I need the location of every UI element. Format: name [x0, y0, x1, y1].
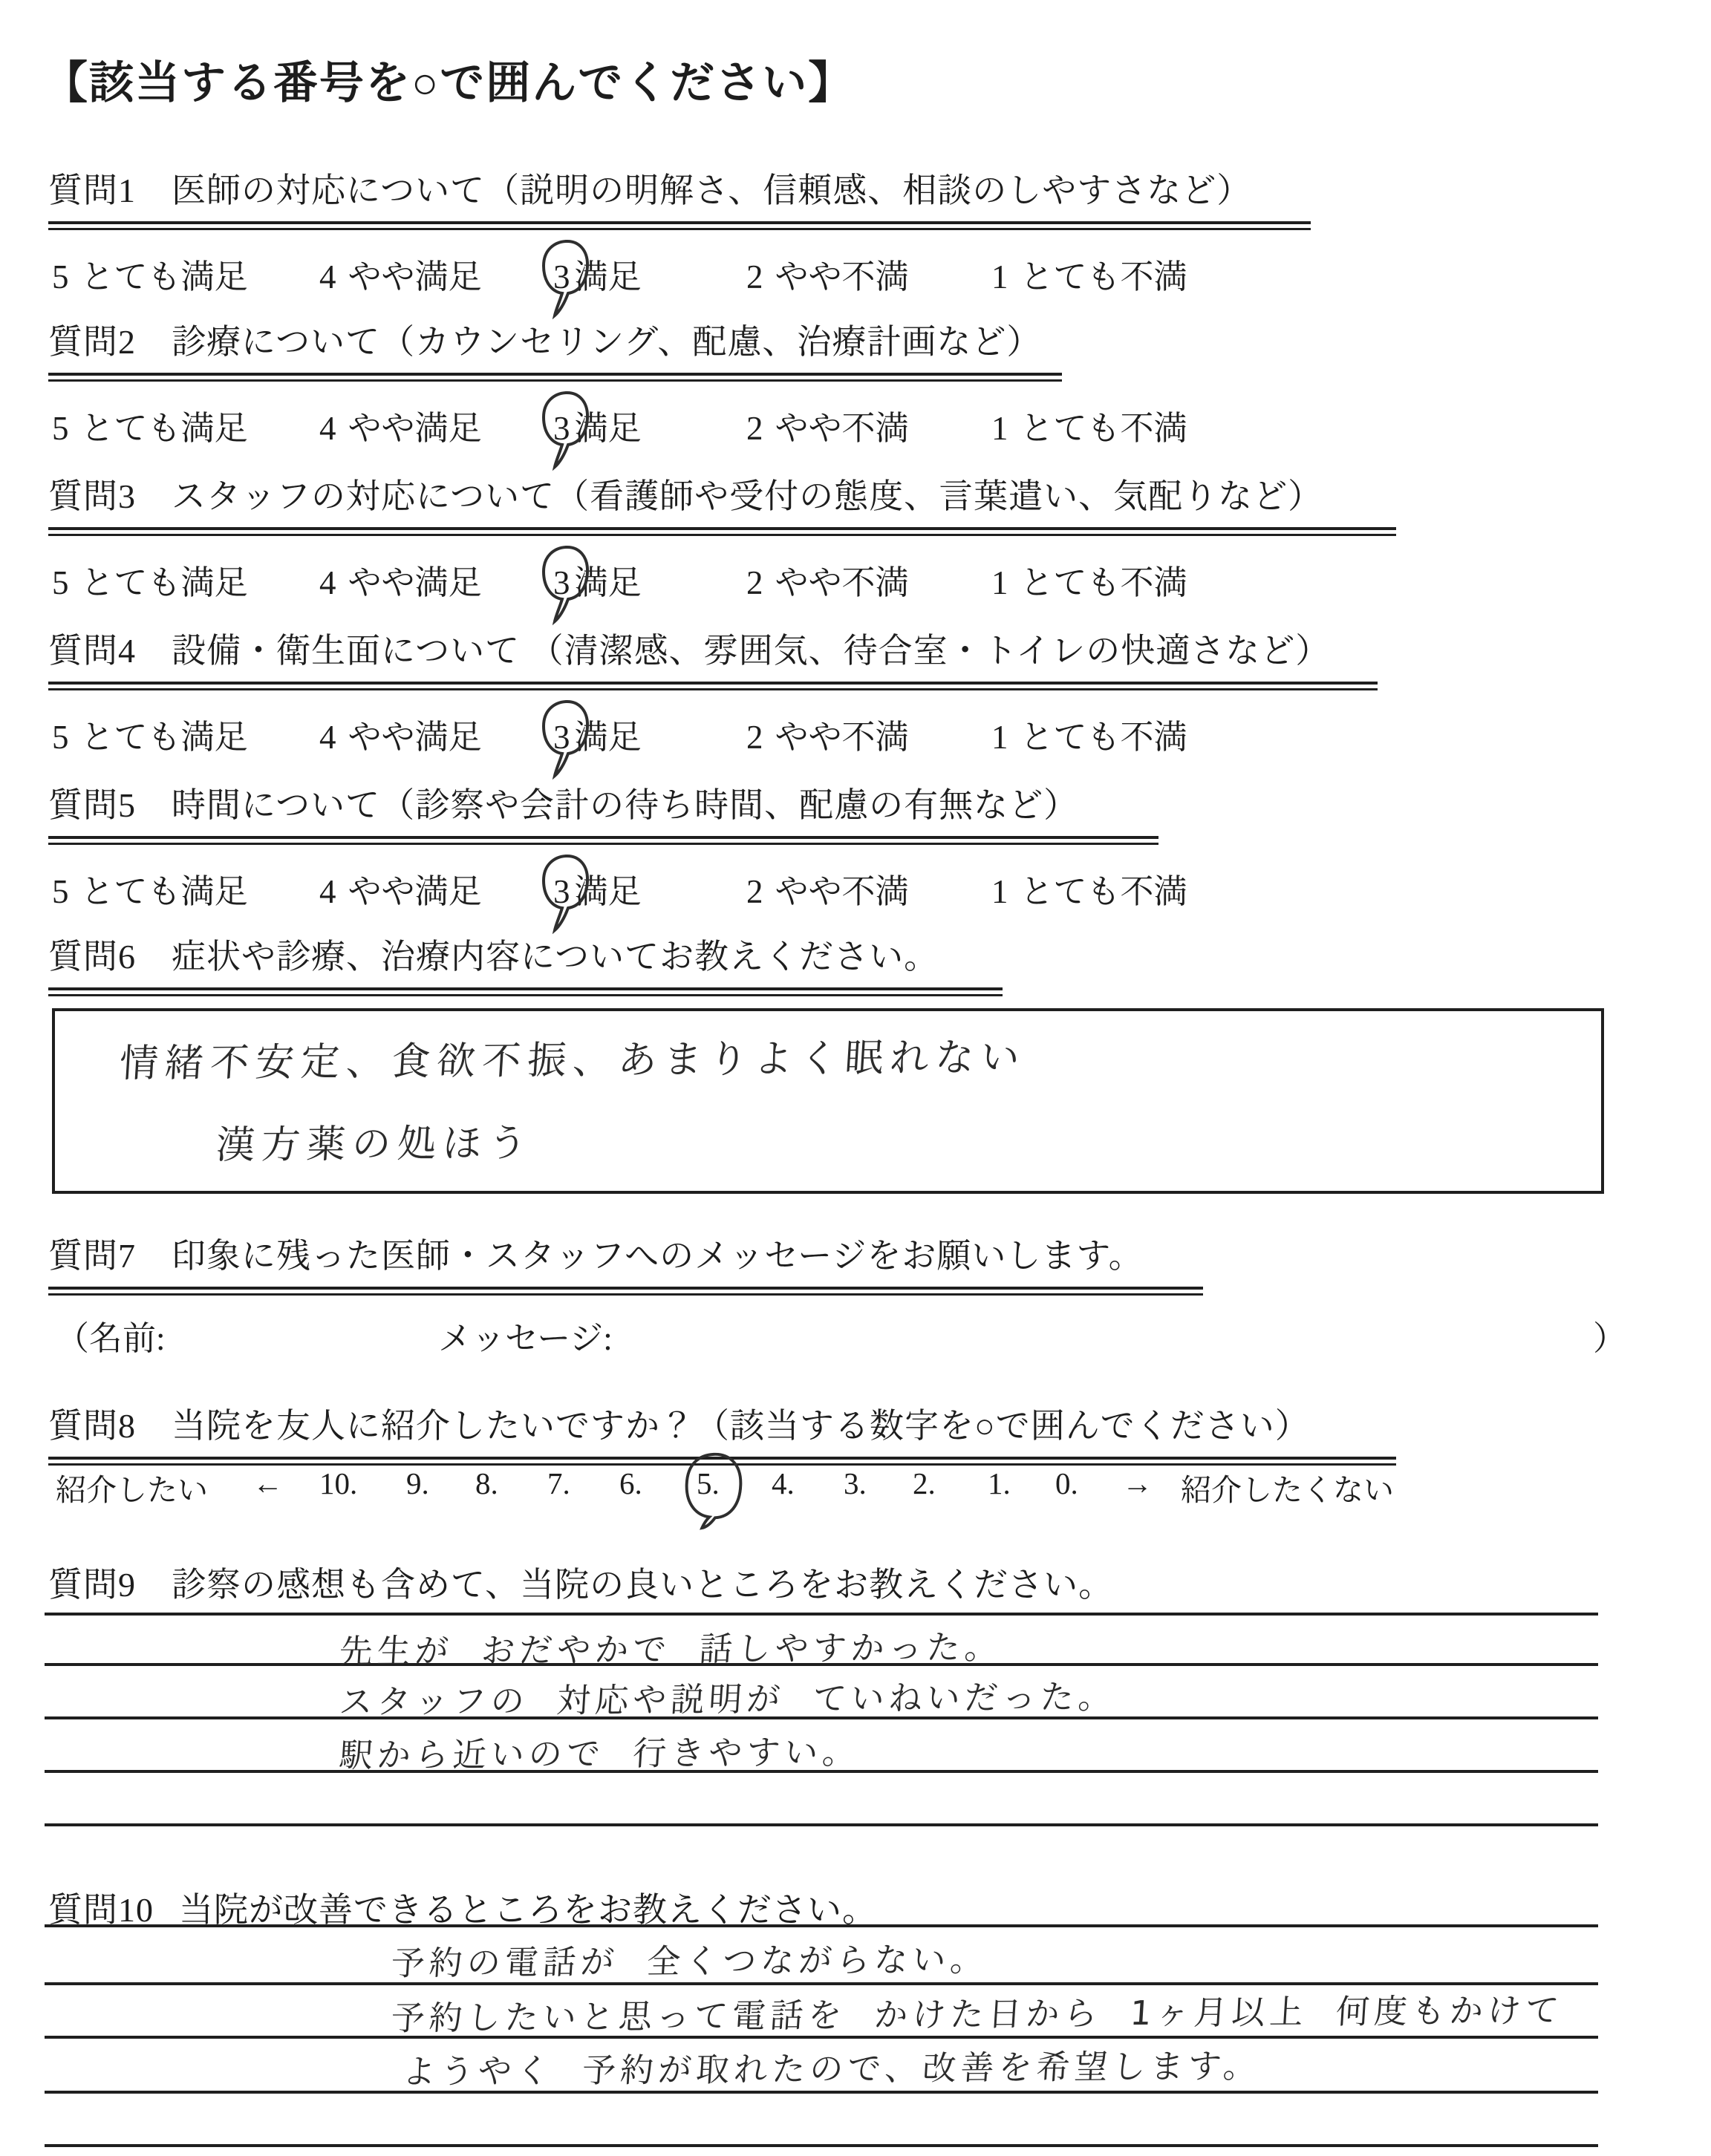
- question-text: 診察の感想も含めて、当院の良いところをお教えください。: [172, 1558, 1113, 1607]
- rating-option-4: 4やや満足: [319, 555, 482, 604]
- rating-row-q1: 5とても満足 4やや満足 3満足 2やや不満 1とても不満: [48, 249, 1681, 303]
- question-number: 質問9: [48, 1558, 136, 1607]
- handdrawn-circle-icon: 3: [553, 563, 572, 602]
- divider: [48, 1457, 1396, 1466]
- survey-sheet: 【該当する番号を○で囲んでください】 質問1医師の対応について（説明の明解さ、信…: [0, 0, 1711, 2156]
- question-number: 質問2: [48, 315, 136, 364]
- message-field-label: メッセージ:: [438, 1311, 613, 1359]
- scale-number-5-selected: 5.: [697, 1466, 720, 1501]
- handwritten-answer: 漢方薬の処ほう: [215, 1111, 535, 1169]
- handwritten-answer: 予約の電話が 全くつながらない。: [390, 1923, 991, 1984]
- question-text: スタッフの対応について（看護師や受付の態度、言葉遣い、気配りなど）: [172, 469, 1323, 518]
- question-8: 質問8当院を友人に紹介したいですか？（該当する数字を○で囲んでください）: [48, 1399, 1681, 1466]
- question-3: 質問3スタッフの対応について（看護師や受付の態度、言葉遣い、気配りなど） 5とて…: [48, 469, 1681, 609]
- scale-number-8: 8.: [475, 1466, 498, 1501]
- rating-option-4: 4やや満足: [319, 864, 482, 912]
- question-2: 質問2診療について（カウンセリング、配慮、治療計画など） 5とても満足 4やや満…: [48, 315, 1681, 454]
- rating-row-q3: 5とても満足 4やや満足 3満足 2やや不満 1とても不満: [48, 555, 1681, 609]
- answer-lines-q9: 先生が おだやかで 話しやすかった。 スタッフの 対応や説明が ていねいだった。…: [45, 1613, 1598, 1826]
- question-text: 医師の対応について（説明の明解さ、信頼感、相談のしやすさなど）: [172, 163, 1251, 212]
- scale-number-0: 0.: [1055, 1466, 1078, 1501]
- scale-number-1: 1.: [988, 1466, 1011, 1501]
- rating-option-1: 1とても不満: [991, 401, 1187, 449]
- left-arrow-icon: ←: [252, 1466, 283, 1501]
- question-number: 質問5: [48, 778, 136, 827]
- handdrawn-circle-icon: 3: [553, 872, 572, 911]
- question-4-header: 質問4設備・衛生面について （清潔感、雰囲気、待合室・トイレの快適さなど）: [48, 624, 1681, 673]
- handwritten-answer: 情緒不安定、食欲不振、あまりよく眠れない: [118, 1025, 1028, 1088]
- divider: [48, 373, 1062, 382]
- answer-lines-q10: 予約の電話が 全くつながらない。 予約したいと思って電話を かけた日から 1ヶ月…: [45, 1924, 1598, 2147]
- handdrawn-circle-icon: 5.: [697, 1466, 720, 1501]
- question-1: 質問1医師の対応について（説明の明解さ、信頼感、相談のしやすさなど） 5とても満…: [48, 163, 1681, 303]
- rating-option-5: 5とても満足: [52, 710, 248, 758]
- rating-option-1: 1とても不満: [991, 864, 1187, 912]
- question-2-header: 質問2診療について（カウンセリング、配慮、治療計画など）: [48, 315, 1681, 364]
- rating-option-2: 2やや不満: [746, 401, 909, 449]
- handwritten-answer: 駅から近いので 行きやすい。: [338, 1716, 862, 1777]
- divider: [48, 987, 1003, 996]
- scale-left-label: 紹介したい: [56, 1466, 208, 1509]
- question-text: 印象に残った医師・スタッフへのメッセージをお願いします。: [172, 1229, 1144, 1278]
- question-text: 設備・衛生面について （清潔感、雰囲気、待合室・トイレの快適さなど）: [172, 624, 1330, 673]
- right-arrow-icon: →: [1122, 1466, 1153, 1501]
- answer-line: 予約したいと思って電話を かけた日から 1ヶ月以上 何度もかけて: [45, 1982, 1598, 2036]
- scale-number-10: 10.: [319, 1466, 357, 1501]
- rating-option-3-selected: 3満足: [553, 710, 642, 758]
- question-number: 質問1: [48, 163, 136, 212]
- handwritten-answer: ようやく 予約が取れたので、改善を希望します。: [401, 2033, 1263, 2093]
- name-field-label: （名前:: [56, 1311, 166, 1359]
- rating-row-q2: 5とても満足 4やや満足 3満足 2やや不満 1とても不満: [48, 401, 1681, 454]
- closing-paren: ）: [1593, 1311, 1626, 1359]
- rating-row-q4: 5とても満足 4やや満足 3満足 2やや不満 1とても不満: [48, 710, 1681, 763]
- question-6: 質問6症状や診療、治療内容についてお教えください。: [48, 930, 1681, 996]
- scale-number-4: 4.: [772, 1466, 795, 1501]
- answer-line: 駅から近いので 行きやすい。: [45, 1716, 1598, 1770]
- rating-option-5: 5とても満足: [52, 555, 248, 604]
- question-3-header: 質問3スタッフの対応について（看護師や受付の態度、言葉遣い、気配りなど）: [48, 469, 1681, 518]
- question-5: 質問5時間について（診察や会計の待ち時間、配慮の有無など） 5とても満足 4やや…: [48, 778, 1681, 918]
- rating-option-4: 4やや満足: [319, 401, 482, 449]
- question-text: 当院を友人に紹介したいですか？（該当する数字を○で囲んでください）: [172, 1399, 1310, 1448]
- question-text: 時間について（診察や会計の待ち時間、配慮の有無など）: [172, 778, 1078, 827]
- question-7-header: 質問7印象に残った医師・スタッフへのメッセージをお願いします。: [48, 1229, 1681, 1278]
- rating-option-2: 2やや不満: [746, 249, 909, 298]
- question-8-header: 質問8当院を友人に紹介したいですか？（該当する数字を○で囲んでください）: [48, 1399, 1681, 1448]
- divider: [48, 221, 1311, 230]
- scale-number-9: 9.: [406, 1466, 429, 1501]
- rating-option-5: 5とても満足: [52, 249, 248, 298]
- question-text: 診療について（カウンセリング、配慮、治療計画など）: [172, 315, 1041, 364]
- question-9-header: 質問9診察の感想も含めて、当院の良いところをお教えください。: [48, 1558, 1681, 1607]
- question-number: 質問6: [48, 930, 136, 979]
- page-title: 【該当する番号を○で囲んでください】: [43, 48, 854, 111]
- question-4: 質問4設備・衛生面について （清潔感、雰囲気、待合室・トイレの快適さなど） 5と…: [48, 624, 1681, 763]
- question-5-header: 質問5時間について（診察や会計の待ち時間、配慮の有無など）: [48, 778, 1681, 827]
- rating-option-3-selected: 3満足: [553, 864, 642, 912]
- answer-line: 先生が おだやかで 話しやすかった。: [45, 1613, 1598, 1663]
- rating-option-2: 2やや不満: [746, 710, 909, 758]
- handdrawn-circle-icon: 3: [553, 409, 572, 448]
- question-9: 質問9診察の感想も含めて、当院の良いところをお教えください。: [48, 1558, 1681, 1607]
- question-1-header: 質問1医師の対応について（説明の明解さ、信頼感、相談のしやすさなど）: [48, 163, 1681, 212]
- rating-option-4: 4やや満足: [319, 249, 482, 298]
- answer-line: [45, 2091, 1598, 2144]
- handwritten-answer: スタッフの 対応や説明が ていねいだった。: [338, 1661, 1118, 1723]
- rating-option-4: 4やや満足: [319, 710, 482, 758]
- scale-right-label: 紹介したくない: [1181, 1466, 1394, 1509]
- name-message-row: （名前: メッセージ: ）: [48, 1311, 1645, 1357]
- nps-scale-row: 紹介したい ← 10. 9. 8. 7. 6. 5. 4. 3. 2. 1. 0…: [48, 1466, 1534, 1540]
- rating-option-1: 1とても不満: [991, 249, 1187, 298]
- rating-option-1: 1とても不満: [991, 555, 1187, 604]
- rating-option-5: 5とても満足: [52, 401, 248, 449]
- scale-number-7: 7.: [547, 1466, 570, 1501]
- answer-line: スタッフの 対応や説明が ていねいだった。: [45, 1663, 1598, 1716]
- handdrawn-circle-icon: 3: [553, 258, 572, 296]
- rating-option-3-selected: 3満足: [553, 401, 642, 449]
- rating-option-1: 1とても不満: [991, 710, 1187, 758]
- handdrawn-circle-icon: 3: [553, 718, 572, 757]
- scale-number-2: 2.: [913, 1466, 936, 1501]
- divider: [48, 836, 1158, 845]
- rating-option-3-selected: 3満足: [553, 249, 642, 298]
- divider: [48, 1287, 1203, 1296]
- scale-number-3: 3.: [844, 1466, 867, 1501]
- rating-option-5: 5とても満足: [52, 864, 248, 912]
- rating-row-q5: 5とても満足 4やや満足 3満足 2やや不満 1とても不満: [48, 864, 1681, 918]
- rating-option-2: 2やや不満: [746, 555, 909, 604]
- answer-box-q6: 情緒不安定、食欲不振、あまりよく眠れない 漢方薬の処ほう: [52, 1008, 1604, 1194]
- answer-line: ようやく 予約が取れたので、改善を希望します。: [45, 2036, 1598, 2091]
- question-6-header: 質問6症状や診療、治療内容についてお教えください。: [48, 930, 1681, 979]
- question-number: 質問7: [48, 1229, 136, 1278]
- question-number: 質問4: [48, 624, 136, 673]
- question-number: 質問8: [48, 1399, 136, 1448]
- question-number: 質問3: [48, 469, 136, 518]
- divider: [48, 682, 1378, 690]
- divider: [48, 527, 1396, 536]
- question-7: 質問7印象に残った医師・スタッフへのメッセージをお願いします。: [48, 1229, 1681, 1296]
- answer-line: 予約の電話が 全くつながらない。: [45, 1924, 1598, 1982]
- handwritten-answer: 予約したいと思って電話を かけた日から 1ヶ月以上 何度もかけて: [390, 1977, 1565, 2039]
- question-text: 症状や診療、治療内容についてお教えください。: [172, 930, 939, 979]
- answer-line: [45, 1770, 1598, 1823]
- scale-number-6: 6.: [619, 1466, 642, 1501]
- rating-option-2: 2やや不満: [746, 864, 909, 912]
- rating-option-3-selected: 3満足: [553, 555, 642, 604]
